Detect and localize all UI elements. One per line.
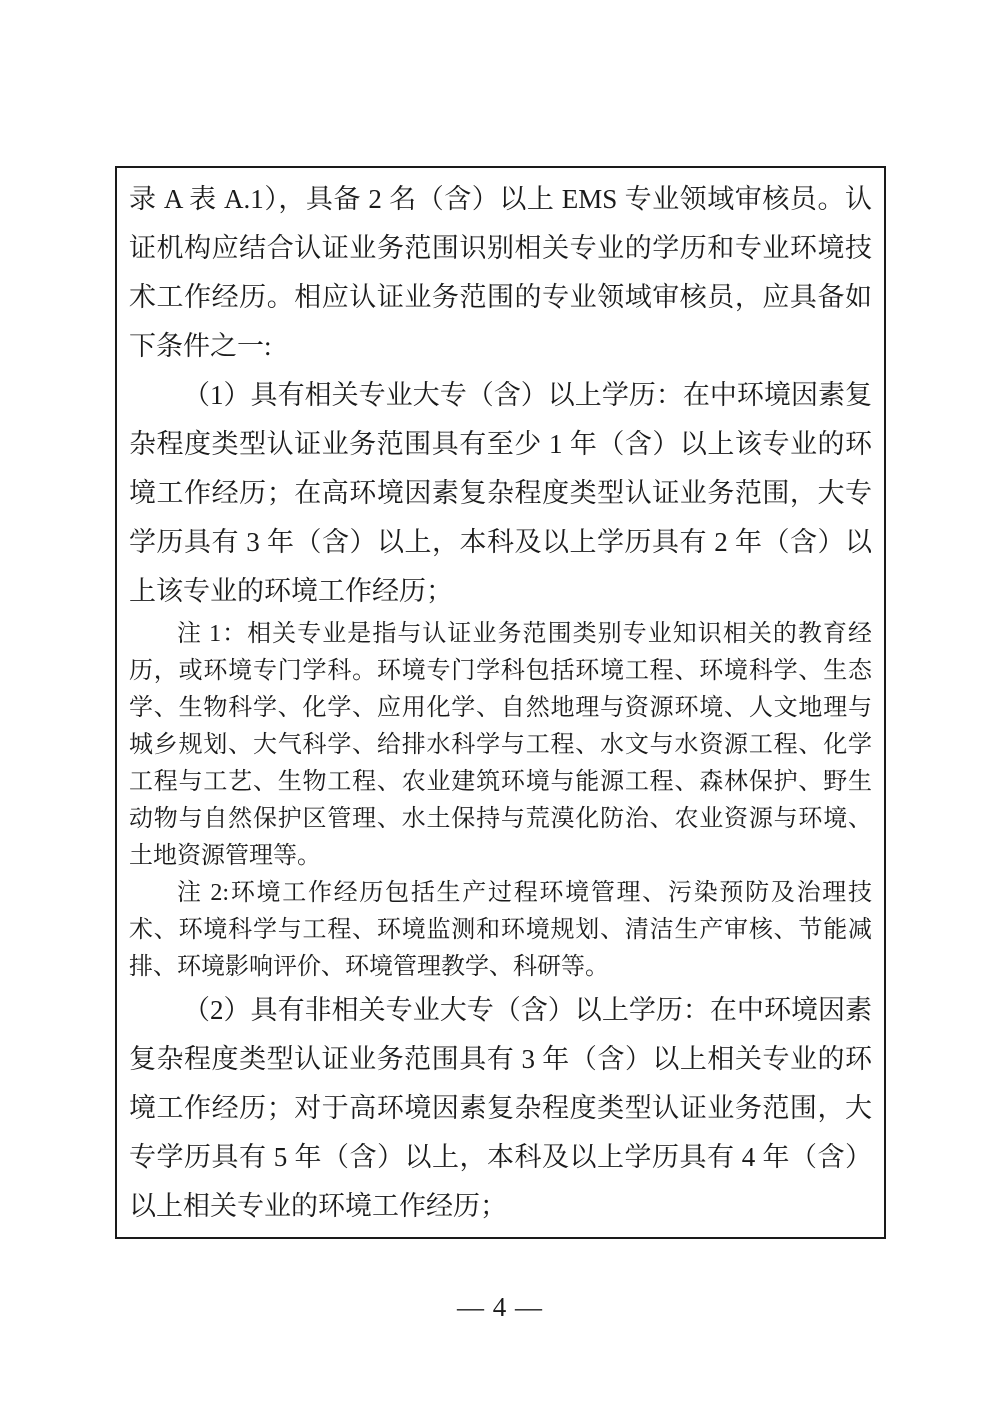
note-2: 注 2:环境工作经历包括生产过程环境管理、污染预防及治理技术、环境科学与工程、环…	[129, 875, 872, 986]
paragraph-continuation: 录 A 表 A.1），具备 2 名（含）以上 EMS 专业领域审核员。认证机构应…	[129, 175, 872, 371]
paragraph-item-2: （2）具有非相关专业大专（含）以上学历：在中环境因素复杂程度类型认证业务范围具有…	[129, 986, 872, 1231]
note-1: 注 1：相关专业是指与认证业务范围类别专业知识相关的教育经历，或环境专门学科。环…	[129, 616, 872, 875]
page-footer: — 4 —	[0, 1292, 1000, 1323]
paragraph-item-1: （1）具有相关专业大专（含）以上学历：在中环境因素复杂程度类型认证业务范围具有至…	[129, 371, 872, 616]
page-number: — 4 —	[457, 1292, 543, 1322]
content-border-box: 录 A 表 A.1），具备 2 名（含）以上 EMS 专业领域审核员。认证机构应…	[115, 166, 886, 1239]
document-page: 录 A 表 A.1），具备 2 名（含）以上 EMS 专业领域审核员。认证机构应…	[0, 0, 1000, 1414]
